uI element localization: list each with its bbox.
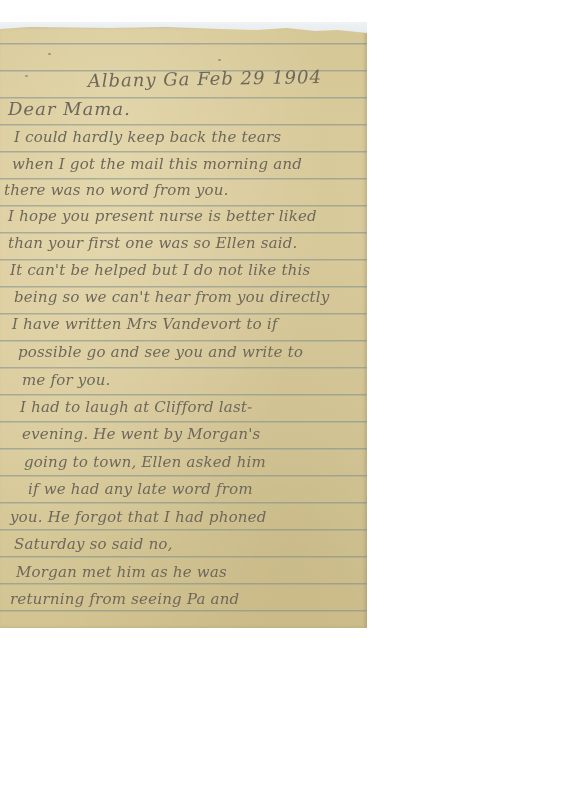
letter-line: I hope you present nurse is better liked — [8, 207, 317, 225]
letter-page: Albany Ga Feb 29 1904 Dear Mama. I could… — [0, 27, 367, 628]
letter-line: there was no word from you. — [4, 181, 229, 199]
letter-line: It can't be helped but I do not like thi… — [10, 261, 310, 279]
letter-line: than your first one was so Ellen said. — [8, 234, 298, 252]
letter-line: me for you. — [22, 371, 111, 389]
letter-line: evening. He went by Morgan's — [22, 425, 260, 443]
letter-line: if we had any late word from — [28, 480, 253, 498]
letter-line: I could hardly keep back the tears — [14, 128, 281, 146]
salutation: Dear Mama. — [8, 99, 131, 120]
paper-speck — [48, 53, 51, 55]
paper-speck — [218, 59, 221, 61]
paper-speck — [25, 75, 28, 77]
letter-line: Morgan met him as he was — [16, 563, 227, 581]
letter-line: when I got the mail this morning and — [12, 155, 302, 173]
dateline: Albany Ga Feb 29 1904 — [88, 67, 323, 92]
letter-line: going to town, Ellen asked him — [24, 453, 266, 471]
letter-line: possible go and see you and write to — [18, 343, 303, 361]
letter-line: I have written Mrs Vandevort to if — [12, 315, 278, 333]
letter-line: returning from seeing Pa and — [10, 590, 239, 608]
letter-line: being so we can't hear from you directly — [14, 288, 329, 306]
letter-line: you. He forgot that I had phoned — [10, 508, 267, 526]
letter-line: Saturday so said no, — [14, 535, 173, 553]
letter-line: I had to laugh at Clifford last- — [20, 398, 252, 416]
